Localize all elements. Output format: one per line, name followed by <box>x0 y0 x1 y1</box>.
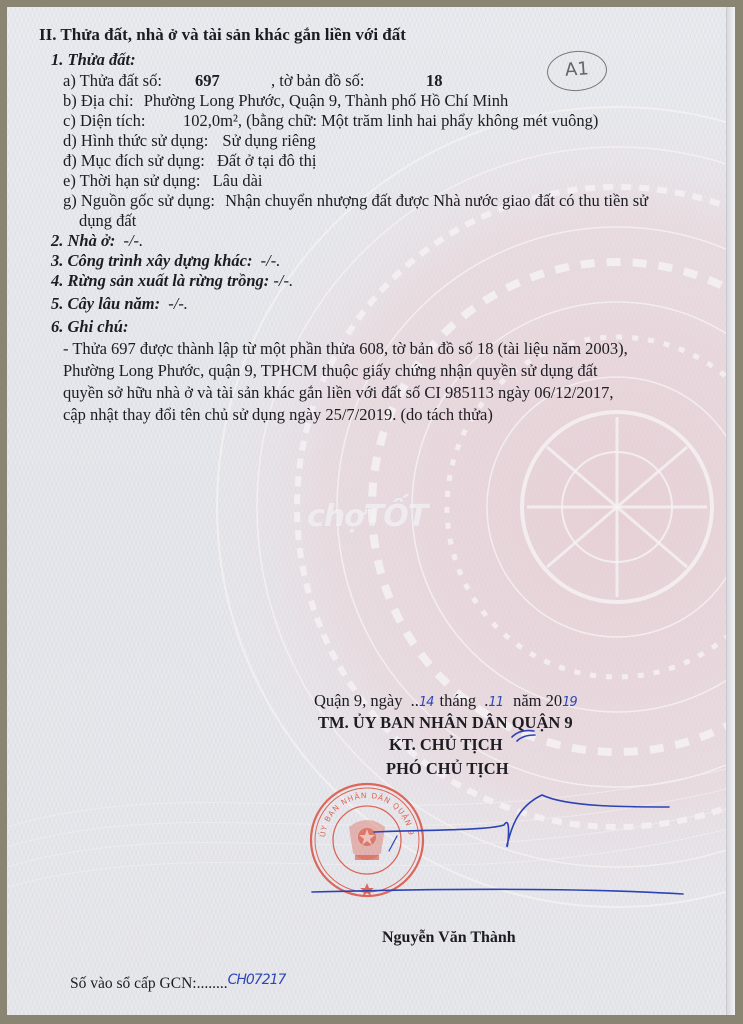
usage-origin-label: g) Nguồn gốc sử dụng: <box>63 191 215 210</box>
section-title: II. Thửa đất, nhà ở và tài sản khác gắn … <box>39 25 406 45</box>
usage-purpose-row: đ) Mục đích sử dụng: Đất ở tại đô thị <box>63 151 316 171</box>
forest-value: -/-. <box>273 271 293 290</box>
usage-term-row: e) Thời hạn sử dụng: Lâu dài <box>63 171 263 191</box>
forest-label: 4. Rừng sản xuất là rừng trồng: <box>51 271 269 290</box>
parcel-number-row: a) Thửa đất số: 697 , tờ bản đồ số: 18 <box>63 71 162 91</box>
page-edge <box>726 7 735 1015</box>
handwritten-month: 11 <box>488 695 503 710</box>
usage-form-label: d) Hình thức sử dụng: <box>63 131 208 150</box>
certificate-page: chợTỐT II. Thửa đất, nhà ở và tài sản kh… <box>7 7 735 1015</box>
other-construction-label: 3. Công trình xây dựng khác: <box>51 251 253 270</box>
signer-name: Nguyễn Văn Thành <box>382 928 516 948</box>
year-label: năm 20 <box>513 691 562 710</box>
authority-title: TM. ỦY BAN NHÂN DÂN QUẬN 9 <box>318 713 573 733</box>
other-construction-value: -/-. <box>261 251 281 270</box>
perennial-row: 5. Cây lâu năm: -/-. <box>51 294 188 314</box>
house-value: -/-. <box>123 231 143 250</box>
map-sheet-value: 18 <box>426 71 443 91</box>
notes-line: cập nhật thay đổi tên chủ sử dụng ngày 2… <box>63 405 493 425</box>
area-value: 102,0m², (bằng chữ: Một trăm linh hai ph… <box>183 111 598 131</box>
parcel-number-label: a) Thửa đất số: <box>63 71 162 90</box>
house-label: 2. Nhà ở: <box>51 231 115 250</box>
handwritten-year: 19 <box>562 695 577 710</box>
certificate-content: II. Thửa đất, nhà ở và tài sản khác gắn … <box>7 7 735 1015</box>
notes-heading: 6. Ghi chú: <box>51 317 128 337</box>
on-behalf-title: KT. CHỦ TỊCH <box>389 735 503 755</box>
handwritten-registry-number: CH07217 <box>228 972 286 988</box>
address-row: b) Địa chỉ: Phường Long Phước, Quận 9, T… <box>63 91 508 111</box>
address-value: Phường Long Phước, Quận 9, Thành phố Hồ … <box>144 91 509 110</box>
handwritten-day: 14 <box>419 695 434 710</box>
usage-origin-value-cont: dụng đất <box>79 211 136 231</box>
perennial-label: 5. Cây lâu năm: <box>51 294 160 313</box>
usage-term-value: Lâu dài <box>213 171 263 190</box>
registry-number-dots: ........ <box>197 975 228 992</box>
forest-row: 4. Rừng sản xuất là rừng trồng: -/-. <box>51 271 293 291</box>
usage-purpose-label: đ) Mục đích sử dụng: <box>63 151 205 170</box>
official-red-seal: ỦY BAN NHÂN DÂN QUẬN 9 TP HỒ CHÍ MINH <box>307 775 427 905</box>
notes-line: Phường Long Phước, quận 9, TPHCM thuộc g… <box>63 361 598 381</box>
house-row: 2. Nhà ở: -/-. <box>51 231 143 251</box>
map-sheet-label: , tờ bản đồ số: <box>271 71 365 91</box>
parcel-number-value: 697 <box>195 71 220 91</box>
registry-number-label: Số vào sổ cấp GCN: <box>70 975 197 992</box>
day-dots: .. <box>411 691 419 710</box>
handwritten-annotation-mark: A1 <box>546 49 609 93</box>
area-label: c) Diện tích: <box>63 111 145 130</box>
notes-line: quyền sở hữu nhà ở và tài sản khác gắn l… <box>63 383 614 403</box>
address-label: b) Địa chỉ: <box>63 91 134 110</box>
issue-date-line: Quận 9, ngày ..14 tháng .11 năm 2019 <box>314 691 577 713</box>
month-label: tháng <box>440 691 477 710</box>
other-construction-row: 3. Công trình xây dựng khác: -/-. <box>51 251 280 271</box>
usage-term-label: e) Thời hạn sử dụng: <box>63 171 200 190</box>
notes-line: - Thửa 697 được thành lập từ một phần th… <box>63 339 628 359</box>
usage-origin-row: g) Nguồn gốc sử dụng: Nhận chuyển nhượng… <box>63 191 648 211</box>
issue-place-label: Quận 9, ngày <box>314 691 402 710</box>
area-row: c) Diện tích: 102,0m², (bằng chữ: Một tr… <box>63 111 145 131</box>
registry-number-row: Số vào sổ cấp GCN:........CH07217 <box>70 974 285 994</box>
land-parcel-heading: 1. Thửa đất: <box>51 50 136 70</box>
usage-form-value: Sử dụng riêng <box>222 131 315 150</box>
perennial-value: -/-. <box>168 294 188 313</box>
usage-form-row: d) Hình thức sử dụng: Sử dụng riêng <box>63 131 316 151</box>
usage-origin-value: Nhận chuyển nhượng đất được Nhà nước gia… <box>225 191 648 210</box>
usage-purpose-value: Đất ở tại đô thị <box>217 151 316 170</box>
